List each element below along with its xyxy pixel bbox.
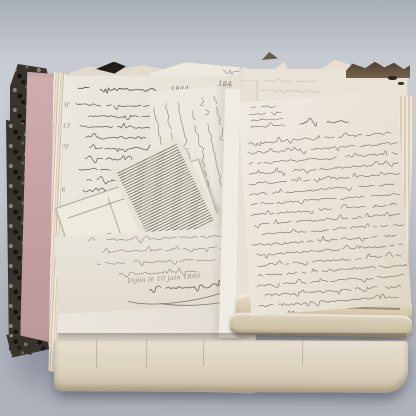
margin-figure: 3f (63, 102, 69, 108)
handwritten-letter (236, 90, 411, 316)
stack-back-tear (262, 52, 278, 60)
page-block-bottom-edge (54, 339, 408, 393)
stack-seam-shadow (58, 333, 406, 342)
letter-body-script (245, 126, 416, 333)
ruled-line (146, 340, 147, 369)
burn-speck-2 (398, 82, 404, 85)
form-divider (107, 197, 122, 237)
photo-scene: 1844 3f 13 7f 6 15f 18 1847 Dijon le 10 … (0, 0, 416, 416)
letter-header-script (247, 99, 303, 140)
margin-figure: 7f (62, 144, 68, 150)
ruled-line (96, 339, 97, 368)
letter-title-script (299, 114, 366, 141)
burnt-paper-edge (346, 60, 410, 78)
ruled-line (302, 340, 303, 366)
burn-speck (388, 76, 397, 80)
margin-figure: 13 (63, 123, 71, 129)
margin-figure: 6 (62, 187, 66, 193)
ruled-line (203, 340, 204, 366)
